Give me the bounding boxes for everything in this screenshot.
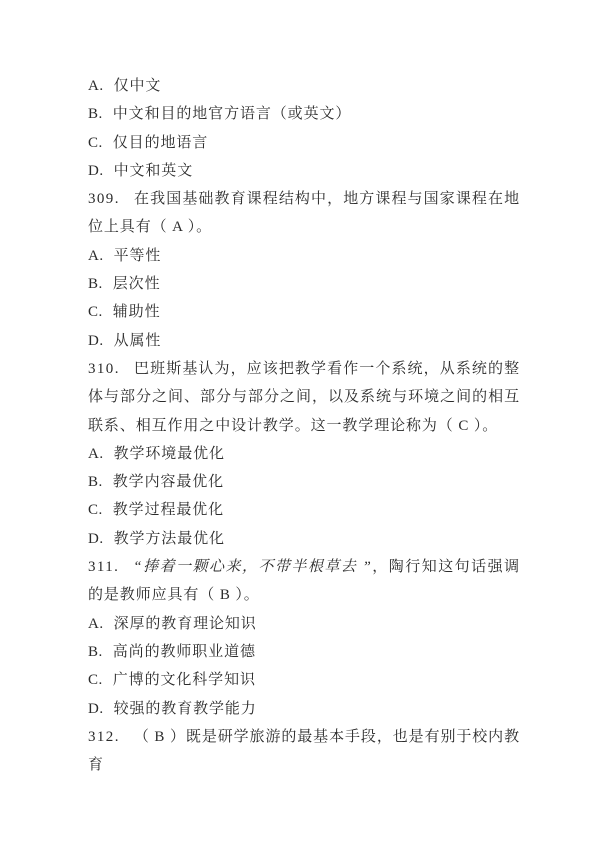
- option-text: 层次性: [113, 276, 161, 292]
- option-label: D.: [88, 531, 104, 547]
- option-text: 辅助性: [113, 304, 161, 320]
- option-label: C.: [88, 502, 103, 518]
- option-text: 教学内容最优化: [113, 474, 224, 490]
- option-label: B.: [88, 644, 103, 660]
- option-text: 教学过程最优化: [113, 502, 224, 518]
- question-number: 309.: [88, 191, 120, 207]
- option-line: D.较强的教育教学能力: [88, 695, 520, 723]
- option-text: 深厚的教育理论知识: [114, 616, 257, 632]
- option-label: C.: [88, 135, 103, 151]
- question-list: A.仅中文 B.中文和目的地官方语言（或英文） C.仅目的地语言 D.中文和英文…: [88, 72, 520, 779]
- option-line: B.层次性: [88, 270, 520, 298]
- option-text: 中文和英文: [114, 163, 194, 179]
- option-text: 从属性: [114, 333, 162, 349]
- option-label: B.: [88, 474, 103, 490]
- option-text: 中文和目的地官方语言（或英文）: [113, 106, 352, 122]
- option-line: B.中文和目的地官方语言（或英文）: [88, 100, 520, 128]
- option-text: 教学方法最优化: [114, 531, 225, 547]
- option-text: 平等性: [114, 248, 162, 264]
- question-number: 310.: [88, 361, 120, 377]
- option-label: B.: [88, 276, 103, 292]
- option-line: D.教学方法最优化: [88, 525, 520, 553]
- question-quote-text: “捧着一颗心来，不带半根草去 ”: [133, 559, 371, 575]
- option-line: A.平等性: [88, 242, 520, 270]
- question-stem-311: 311.“捧着一颗心来，不带半根草去 ”，陶行知这句话强调的是教师应具有（ B …: [88, 553, 520, 610]
- option-line: C.广博的文化科学知识: [88, 666, 520, 694]
- question-text: 巴班斯基认为，应该把教学看作一个系统，从系统的整体与部分之间、部分与部分之间，以…: [88, 361, 520, 434]
- option-line: C.仅目的地语言: [88, 129, 520, 157]
- option-line: C.辅助性: [88, 298, 520, 326]
- option-line: B.教学内容最优化: [88, 468, 520, 496]
- option-text: 教学环境最优化: [114, 446, 225, 462]
- option-label: D.: [88, 333, 104, 349]
- option-line: A.教学环境最优化: [88, 440, 520, 468]
- option-line: A.深厚的教育理论知识: [88, 610, 520, 638]
- question-text: （ B ）既是研学旅游的最基本手段，也是有别于校内教育: [88, 729, 520, 773]
- option-line: A.仅中文: [88, 72, 520, 100]
- option-label: A.: [88, 446, 104, 462]
- option-text: 仅目的地语言: [113, 135, 208, 151]
- question-stem-309: 309.在我国基础教育课程结构中，地方课程与国家课程在地位上具有（ A ）。: [88, 185, 520, 242]
- option-label: C.: [88, 672, 103, 688]
- question-text: 在我国基础教育课程结构中，地方课程与国家课程在地位上具有（ A ）。: [88, 191, 520, 235]
- option-text: 仅中文: [114, 78, 162, 94]
- option-line: C.教学过程最优化: [88, 496, 520, 524]
- option-label: A.: [88, 78, 104, 94]
- option-text: 高尚的教师职业道德: [113, 644, 256, 660]
- option-label: A.: [88, 248, 104, 264]
- option-label: D.: [88, 701, 104, 717]
- option-label: B.: [88, 106, 103, 122]
- question-number: 311.: [88, 559, 119, 575]
- option-line: D.从属性: [88, 327, 520, 355]
- question-stem-312: 312.（ B ）既是研学旅游的最基本手段，也是有别于校内教育: [88, 723, 520, 780]
- option-text: 广博的文化科学知识: [113, 672, 256, 688]
- option-line: B.高尚的教师职业道德: [88, 638, 520, 666]
- option-label: A.: [88, 616, 104, 632]
- option-line: D.中文和英文: [88, 157, 520, 185]
- option-label: D.: [88, 163, 104, 179]
- question-stem-310: 310.巴班斯基认为，应该把教学看作一个系统，从系统的整体与部分之间、部分与部分…: [88, 355, 520, 440]
- option-label: C.: [88, 304, 103, 320]
- document-page: A.仅中文 B.中文和目的地官方语言（或英文） C.仅目的地语言 D.中文和英文…: [0, 0, 600, 849]
- question-number: 312.: [88, 729, 120, 745]
- option-text: 较强的教育教学能力: [114, 701, 257, 717]
